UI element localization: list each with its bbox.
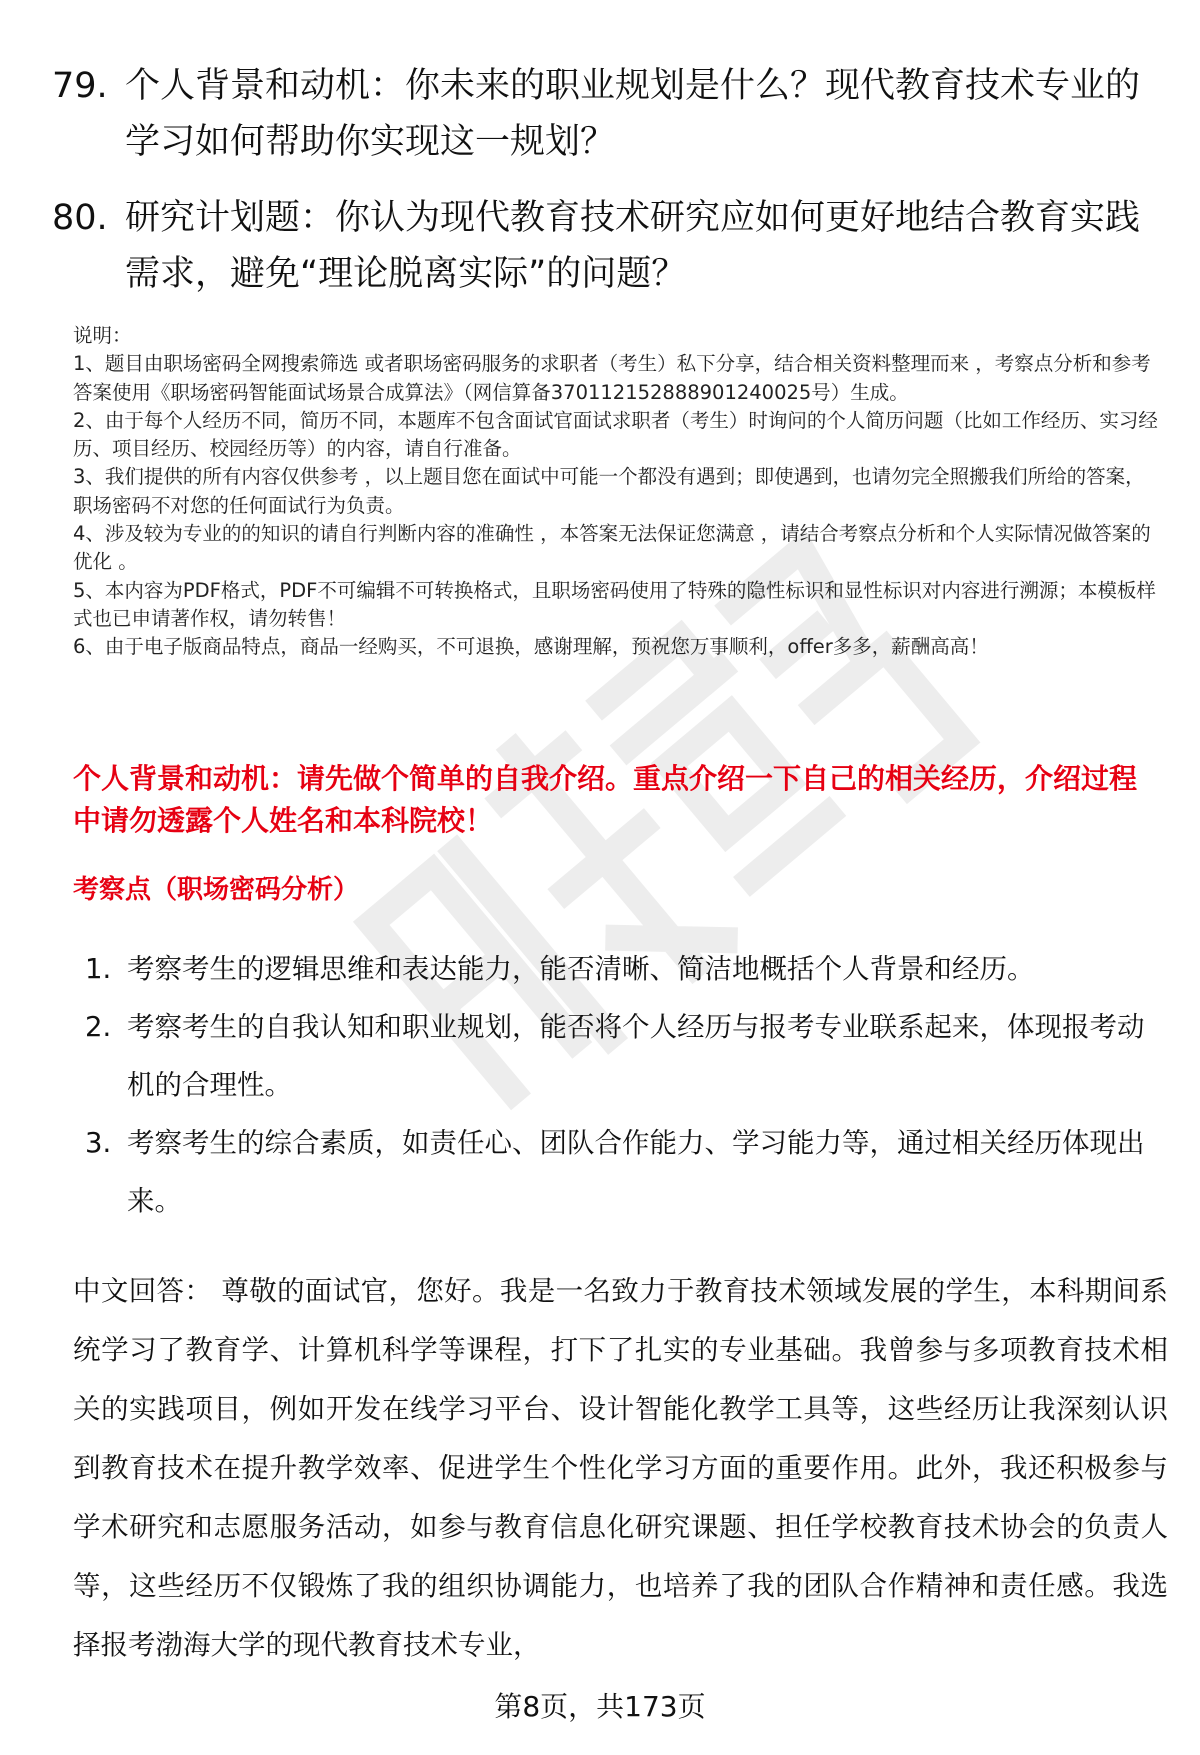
question-text: 个人背景和动机：你未来的职业规划是什么？现代教育技术专业的学习如何帮助你实现这一… — [125, 58, 1162, 170]
point-number: 3. — [85, 1114, 127, 1230]
notice-title: 说明： — [73, 322, 1163, 350]
analysis-points-list: 1. 考察考生的逻辑思维和表达能力，能否清晰、简洁地概括个人背景和经历。 2. … — [85, 940, 1165, 1230]
point-text: 考察考生的综合素质，如责任心、团队合作能力、学习能力等，通过相关经历体现出来。 — [127, 1114, 1165, 1230]
featured-question: 个人背景和动机：请先做个简单的自我介绍。重点介绍一下自己的相关经历，介绍过程中请… — [73, 758, 1163, 842]
answer-label: 中文回答： — [73, 1275, 212, 1307]
question-80: 80. 研究计划题：你认为现代教育技术研究应如何更好地结合教育实践需求，避免“理… — [52, 190, 1162, 302]
analysis-heading: 考察点（职场密码分析） — [73, 870, 359, 910]
answer-text: 尊敬的面试官，您好。我是一名致力于教育技术领域发展的学生，本科期间系统学习了教育… — [73, 1275, 1168, 1661]
analysis-point: 1. 考察考生的逻辑思维和表达能力，能否清晰、简洁地概括个人背景和经历。 — [85, 940, 1165, 998]
question-number: 79. — [52, 58, 125, 170]
point-text: 考察考生的自我认知和职业规划，能否将个人经历与报考专业联系起来，体现报考动机的合… — [127, 998, 1165, 1114]
question-number: 80. — [52, 190, 125, 302]
question-79: 79. 个人背景和动机：你未来的职业规划是什么？现代教育技术专业的学习如何帮助你… — [52, 58, 1162, 170]
page-indicator: 第8页，共173页 — [0, 1687, 1200, 1727]
notice-item: 6、由于电子版商品特点，商品一经购买，不可退换，感谢理解，预祝您万事顺利，off… — [73, 633, 1163, 661]
answer-paragraph: 中文回答： 尊敬的面试官，您好。我是一名致力于教育技术领域发展的学生，本科期间系… — [73, 1262, 1168, 1675]
notice-item: 4、涉及较为专业的的知识的请自行判断内容的准确性 ，本答案无法保证您满意 ，请结… — [73, 520, 1163, 577]
point-number: 1. — [85, 940, 127, 998]
analysis-point: 2. 考察考生的自我认知和职业规划，能否将个人经历与报考专业联系起来，体现报考动… — [85, 998, 1165, 1114]
notice-item: 2、由于每个人经历不同，简历不同，本题库不包含面试官面试求职者（考生）时询问的个… — [73, 407, 1163, 464]
analysis-point: 3. 考察考生的综合素质，如责任心、团队合作能力、学习能力等，通过相关经历体现出… — [85, 1114, 1165, 1230]
notice-block: 说明： 1、题目由职场密码全网搜索筛选 或者职场密码服务的求职者（考生）私下分享… — [73, 322, 1163, 662]
question-text: 研究计划题：你认为现代教育技术研究应如何更好地结合教育实践需求，避免“理论脱离实… — [125, 190, 1162, 302]
notice-item: 3、我们提供的所有内容仅供参考 ，以上题目您在面试中可能一个都没有遇到；即使遇到… — [73, 463, 1163, 520]
point-text: 考察考生的逻辑思维和表达能力，能否清晰、简洁地概括个人背景和经历。 — [127, 940, 1165, 998]
notice-item: 1、题目由职场密码全网搜索筛选 或者职场密码服务的求职者（考生）私下分享，结合相… — [73, 350, 1163, 407]
point-number: 2. — [85, 998, 127, 1114]
notice-item: 5、本内容为PDF格式，PDF不可编辑不可转换格式，且职场密码使用了特殊的隐性标… — [73, 577, 1163, 634]
